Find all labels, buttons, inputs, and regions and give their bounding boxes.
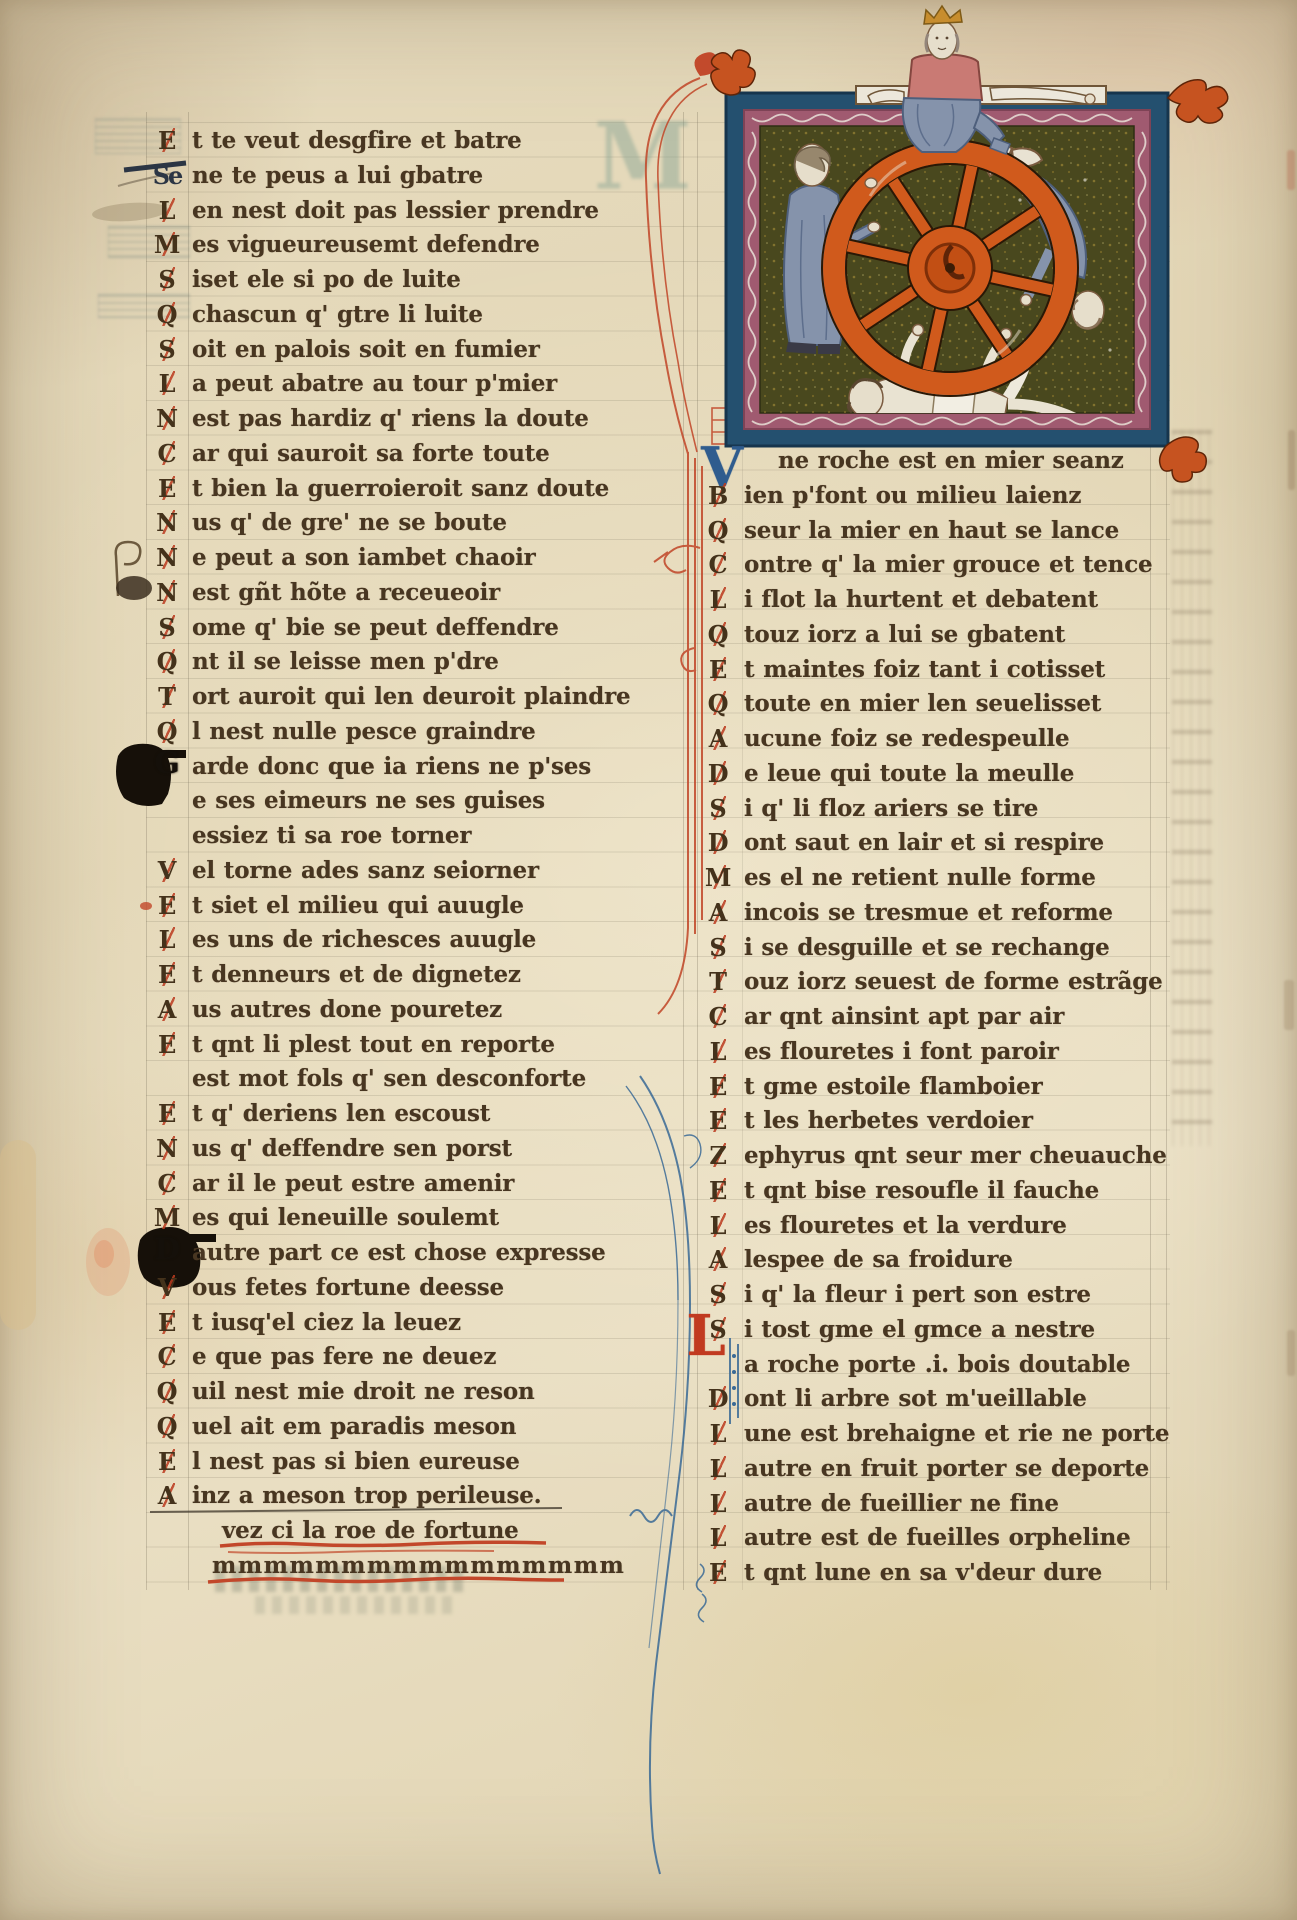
- verse-line: Et iusq'el ciez la leuez: [146, 1306, 698, 1341]
- line-text: ous fetes fortune deesse: [192, 1274, 504, 1301]
- line-initial: Q: [146, 645, 188, 678]
- verse-line: Si q' li floz ariers se tire: [696, 792, 1166, 827]
- verse-line: Car qui sauroit sa forte toute: [146, 437, 698, 472]
- verse-line: Aucune foiz se redespeulle: [696, 722, 1166, 757]
- line-text: ar il le peut estre amenir: [192, 1170, 514, 1197]
- verse-line: Lautre de fueillier ne fine: [696, 1487, 1166, 1522]
- verse-line: Contre q' la mier grouce et tence: [696, 548, 1166, 583]
- verse-line: Quel ait em paradis meson: [146, 1410, 698, 1445]
- line-initial: A: [146, 993, 188, 1026]
- line-text: autre de fueillier ne fine: [744, 1490, 1059, 1517]
- line-initial: A: [696, 1243, 740, 1276]
- line-initial: E: [696, 1174, 740, 1207]
- line-text: essiez ti sa roe torner: [192, 822, 471, 849]
- line-initial: G: [146, 747, 188, 780]
- line-text: ephyrus qnt seur mer cheuauche: [744, 1142, 1167, 1169]
- red-leaf-tip: [694, 52, 718, 76]
- verse-line: Car qnt ainsint apt par air: [696, 1000, 1166, 1035]
- line-text: ort auroit qui len deuroit plaindre: [192, 683, 630, 710]
- verse-line: Et les herbetes verdoier: [696, 1104, 1166, 1139]
- line-text: autre est de fueilles orpheline: [744, 1524, 1131, 1551]
- line-initial: N: [146, 576, 188, 609]
- line-text: uel ait em paradis meson: [192, 1413, 516, 1440]
- line-initial: Q: [146, 298, 188, 331]
- right-text-column: Vne roche est en mier seanzBien p'font o…: [696, 444, 1166, 1591]
- verse-line: Lautre en fruit porter se deporte: [696, 1452, 1166, 1487]
- verse-line: Nus q' deffendre sen porst: [146, 1132, 698, 1167]
- line-text: ar qui sauroit sa forte toute: [192, 440, 550, 467]
- verse-line: Garde donc que ia riens ne p'ses: [146, 750, 698, 785]
- line-text: i se desguille et se rechange: [744, 934, 1110, 961]
- line-initial: D: [696, 826, 740, 859]
- line-text: inz a meson trop perileuse.: [192, 1482, 541, 1509]
- line-text: t bien la guerroieroit sanz doute: [192, 475, 609, 502]
- line-text: es uns de richesces auugle: [192, 926, 536, 953]
- verse-line: Qtouz iorz a lui se gbatent: [696, 618, 1166, 653]
- line-text: t siet el milieu qui auugle: [192, 892, 524, 919]
- verse-line: Aincois se tresmue et reforme: [696, 896, 1166, 931]
- line-text: t les herbetes verdoier: [744, 1107, 1033, 1134]
- line-initial: A: [696, 722, 740, 755]
- line-initial: L: [696, 1035, 740, 1068]
- line-text: es el ne retient nulle forme: [744, 864, 1096, 891]
- line-text: ne te peus a lui gbatre: [192, 162, 483, 189]
- verse-line: Nest pas hardiz q' riens la doute: [146, 402, 698, 437]
- line-initial: E: [146, 472, 188, 505]
- verse-line: Et q' deriens len escoust: [146, 1097, 698, 1132]
- verse-line: est mot fols q' sen desconforte: [146, 1062, 698, 1097]
- line-initial: T: [696, 965, 740, 998]
- line-text: t te veut desgfire et batre: [192, 127, 522, 154]
- verse-line: Sene te peus a lui gbatre: [146, 159, 698, 194]
- verse-line: Bien p'font ou milieu laienz: [696, 479, 1166, 514]
- line-text: t iusq'el ciez la leuez: [192, 1309, 461, 1336]
- line-text: chascun q' gtre li luite: [192, 301, 483, 328]
- verse-line: Car il le peut estre amenir: [146, 1167, 698, 1202]
- line-initial: Q: [146, 715, 188, 748]
- line-text: ouz iorz seuest de forme estrãge: [744, 968, 1163, 995]
- line-text: lespee de sa froidure: [744, 1246, 1013, 1273]
- manuscript-page: M: [0, 0, 1297, 1920]
- verse-line: Qnt il se leisse men p'dre: [146, 645, 698, 680]
- line-text: ontre q' la mier grouce et tence: [744, 551, 1152, 578]
- line-initial: T: [146, 680, 188, 713]
- verse-line: Les uns de richesces auugle: [146, 923, 698, 958]
- line-text: t qnt lune en sa v'deur dure: [744, 1559, 1102, 1586]
- line-text: el torne ades sanz seiorner: [192, 857, 539, 884]
- line-text: t qnt li plest tout en reporte: [192, 1031, 555, 1058]
- line-initial: S: [146, 611, 188, 644]
- line-initial: N: [146, 506, 188, 539]
- line-initial: E: [696, 1070, 740, 1103]
- verse-line: e ses eimeurs ne ses guises: [146, 784, 698, 819]
- line-initial: L: [696, 1209, 740, 1242]
- verse-line: Et bien la guerroieroit sanz doute: [146, 472, 698, 507]
- verse-line: Lautre est de fueilles orpheline: [696, 1521, 1166, 1556]
- verse-line: Soit en palois soit en fumier: [146, 333, 698, 368]
- line-initial: N: [146, 541, 188, 574]
- line-initial: A: [146, 1479, 188, 1512]
- line-text: ont li arbre sot m'ueillable: [744, 1385, 1087, 1412]
- line-text: ont saut en lair et si respire: [744, 829, 1104, 856]
- line-text: iset ele si po de luite: [192, 266, 461, 293]
- line-initial: Q: [146, 1375, 188, 1408]
- line-text: t gme estoile flamboier: [744, 1073, 1043, 1100]
- line-initial: L: [146, 194, 188, 227]
- line-initial: E: [696, 653, 740, 686]
- line-initial: V: [146, 1271, 188, 1304]
- line-text: incois se tresmue et reforme: [744, 899, 1113, 926]
- line-text: seur la mier en haut se lance: [744, 517, 1119, 544]
- line-initial: N: [146, 1132, 188, 1165]
- line-initial: B: [696, 479, 740, 512]
- line-text: ne roche est en mier seanz: [744, 447, 1124, 474]
- line-initial: M: [696, 861, 740, 894]
- verse-line: La peut abatre au tour p'mier: [146, 367, 698, 402]
- line-initial: E: [696, 1104, 740, 1137]
- bleedthrough-text-column: [1172, 430, 1212, 1146]
- line-text: une est brehaigne et rie ne porte: [744, 1420, 1169, 1447]
- line-text: t denneurs et de dignetez: [192, 961, 521, 988]
- line-text: e leue qui toute la meulle: [744, 760, 1074, 787]
- line-text: toute en mier len seuelisset: [744, 690, 1101, 717]
- ruling-vertical: [1166, 112, 1167, 1590]
- line-text: us q' de gre' ne se boute: [192, 509, 507, 536]
- line-initial: L: [696, 583, 740, 616]
- verse-line: Aus autres done pouretez: [146, 993, 698, 1028]
- page-edge-mark: [1288, 430, 1295, 490]
- verse-line: Some q' bie se peut deffendre: [146, 611, 698, 646]
- line-initial: E: [146, 1028, 188, 1061]
- verse-line: De leue qui toute la meulle: [696, 757, 1166, 792]
- verse-line: Qtoute en mier len seuelisset: [696, 687, 1166, 722]
- line-initial: Q: [146, 1410, 188, 1443]
- verse-line: Et siet el milieu qui auugle: [146, 889, 698, 924]
- verse-line: El nest pas si bien eureuse: [146, 1445, 698, 1480]
- line-initial: A: [696, 896, 740, 929]
- line-initial: C: [696, 548, 740, 581]
- verse-line: Len nest doit pas lessier prendre: [146, 194, 698, 229]
- line-text: ucune foiz se redespeulle: [744, 725, 1069, 752]
- verse-line: essiez ti sa roe torner: [146, 819, 698, 854]
- page-edge-mark: [1287, 1330, 1295, 1376]
- verse-line: Dautre part ce est chose expresse: [146, 1236, 698, 1271]
- line-initial: E: [146, 1306, 188, 1339]
- line-initial: L: [146, 367, 188, 400]
- line-initial: L: [684, 1308, 728, 1364]
- line-text: touz iorz a lui se gbatent: [744, 621, 1065, 648]
- verse-line: Ainz a meson trop perileuse.: [146, 1479, 698, 1514]
- line-text: e peut a son iambet chaoir: [192, 544, 536, 571]
- line-text: e que pas fere ne deuez: [192, 1343, 496, 1370]
- line-text: autre en fruit porter se deporte: [744, 1455, 1149, 1482]
- verse-line: La roche porte .i. bois doutable: [696, 1348, 1166, 1383]
- line-initial: Q: [696, 618, 740, 651]
- verse-line: Mes qui leneuille soulemt: [146, 1201, 698, 1236]
- verse-line: Nest gñt hõte a receueoir: [146, 576, 698, 611]
- line-text: est gñt hõte a receueoir: [192, 579, 500, 606]
- verse-line: Si tost gme el gmce a nestre: [696, 1313, 1166, 1348]
- line-initial: V: [146, 854, 188, 887]
- verse-line: Nus q' de gre' ne se boute: [146, 506, 698, 541]
- verse-line: Vne roche est en mier seanz: [696, 444, 1166, 479]
- verse-line: Vous fetes fortune deesse: [146, 1271, 698, 1306]
- verse-line: Et denneurs et de dignetez: [146, 958, 698, 993]
- line-text: arde donc que ia riens ne p'ses: [192, 753, 591, 780]
- line-text: i flot la hurtent et debatent: [744, 586, 1098, 613]
- verse-line: Lune est brehaigne et rie ne porte: [696, 1417, 1166, 1452]
- line-initial: S: [146, 263, 188, 296]
- verse-line: Tort auroit qui len deuroit plaindre: [146, 680, 698, 715]
- crown-icon: [924, 6, 962, 24]
- verse-line: Et gme estoile flamboier: [696, 1070, 1166, 1105]
- verse-line: Les flouretes i font paroir: [696, 1035, 1166, 1070]
- line-initial: E: [146, 889, 188, 922]
- verse-line: Siset ele si po de luite: [146, 263, 698, 298]
- line-text: l nest pas si bien eureuse: [192, 1448, 520, 1475]
- line-initial: C: [146, 437, 188, 470]
- line-initial: L: [696, 1487, 740, 1520]
- page-edge-mark: [1287, 150, 1295, 190]
- line-text: us q' deffendre sen porst: [192, 1135, 512, 1162]
- line-initial: C: [696, 1000, 740, 1033]
- line-initial: Se: [146, 159, 188, 192]
- line-initial: D: [696, 1382, 740, 1415]
- line-initial: S: [146, 333, 188, 366]
- line-initial: D: [146, 1233, 188, 1266]
- line-initial: D: [696, 757, 740, 790]
- verse-line: Et qnt li plest tout en reporte: [146, 1028, 698, 1063]
- line-initial: L: [696, 1521, 740, 1554]
- verse-line: Alespee de sa froidure: [696, 1243, 1166, 1278]
- line-text: i tost gme el gmce a nestre: [744, 1316, 1095, 1343]
- line-text: ien p'font ou milieu laienz: [744, 482, 1081, 509]
- line-initial: E: [146, 124, 188, 157]
- verse-line: Dont li arbre sot m'ueillable: [696, 1382, 1166, 1417]
- line-initial: S: [696, 792, 740, 825]
- verse-line: Mes el ne retient nulle forme: [696, 861, 1166, 896]
- edge-stain: [0, 1140, 36, 1330]
- verse-line: Si q' la fleur i pert son estre: [696, 1278, 1166, 1313]
- verse-line: Ne peut a son iambet chaoir: [146, 541, 698, 576]
- page-edge-mark: [1284, 980, 1294, 1030]
- verse-line: Zephyrus qnt seur mer cheuauche: [696, 1139, 1166, 1174]
- line-text: est pas hardiz q' riens la doute: [192, 405, 589, 432]
- line-initial: E: [146, 1097, 188, 1130]
- line-text: ar qnt ainsint apt par air: [744, 1003, 1064, 1030]
- line-text: es qui leneuille soulemt: [192, 1204, 499, 1231]
- line-text: e ses eimeurs ne ses guises: [192, 787, 545, 814]
- verse-line: Mes vigueureusemt defendre: [146, 228, 698, 263]
- line-text: es flouretes et la verdure: [744, 1212, 1067, 1239]
- verse-line: Dont saut en lair et si respire: [696, 826, 1166, 861]
- line-text: est mot fols q' sen desconforte: [192, 1065, 586, 1092]
- left-text-column: Et te veut desgfire et batreSene te peus…: [146, 124, 698, 1584]
- verse-line: Et qnt bise resoufle il fauche: [696, 1174, 1166, 1209]
- verse-line: Quil nest mie droit ne reson: [146, 1375, 698, 1410]
- line-initial: Z: [696, 1139, 740, 1172]
- line-initial: L: [696, 1417, 740, 1450]
- line-initial: Q: [696, 514, 740, 547]
- line-text: l nest nulle pesce graindre: [192, 718, 536, 745]
- line-initial: E: [696, 1556, 740, 1589]
- line-text: es flouretes i font paroir: [744, 1038, 1059, 1065]
- line-text: uil nest mie droit ne reson: [192, 1378, 535, 1405]
- verse-line: Les flouretes et la verdure: [696, 1209, 1166, 1244]
- verse-line: Ce que pas fere ne deuez: [146, 1340, 698, 1375]
- verse-line: mmmmmmmmmmmmmmmm: [146, 1549, 698, 1584]
- line-initial: E: [146, 958, 188, 991]
- line-text: t qnt bise resoufle il fauche: [744, 1177, 1099, 1204]
- verse-line: Touz iorz seuest de forme estrãge: [696, 965, 1166, 1000]
- verse-line: Si se desguille et se rechange: [696, 931, 1166, 966]
- verse-line: Vel torne ades sanz seiorner: [146, 854, 698, 889]
- line-text: autre part ce est chose expresse: [192, 1239, 606, 1266]
- line-text: mmmmmmmmmmmmmmmm: [212, 1552, 625, 1579]
- verse-line: Et maintes foiz tant i cotisset: [696, 653, 1166, 688]
- line-text: es vigueureusemt defendre: [192, 231, 540, 258]
- line-text: us autres done pouretez: [192, 996, 502, 1023]
- line-initial: N: [146, 402, 188, 435]
- verse-line: Et te veut desgfire et batre: [146, 124, 698, 159]
- line-initial: C: [146, 1167, 188, 1200]
- throne-bench: [856, 86, 1106, 104]
- line-initial: C: [146, 1340, 188, 1373]
- line-initial: M: [146, 228, 188, 261]
- line-text: vez ci la roe de fortune: [222, 1517, 519, 1544]
- bleedthrough-text-line: [255, 1596, 455, 1614]
- line-text: t q' deriens len escoust: [192, 1100, 490, 1127]
- line-initial: E: [146, 1445, 188, 1478]
- verse-line: Et qnt lune en sa v'deur dure: [696, 1556, 1166, 1591]
- line-text: oit en palois soit en fumier: [192, 336, 540, 363]
- line-initial: S: [696, 931, 740, 964]
- line-initial: M: [146, 1201, 188, 1234]
- line-text: t maintes foiz tant i cotisset: [744, 656, 1105, 683]
- line-text: a roche porte .i. bois doutable: [744, 1351, 1130, 1378]
- line-initial: L: [696, 1452, 740, 1485]
- verse-line: vez ci la roe de fortune: [146, 1514, 698, 1549]
- line-text: a peut abatre au tour p'mier: [192, 370, 557, 397]
- line-text: nt il se leisse men p'dre: [192, 648, 499, 675]
- salmon-stain: [86, 1228, 130, 1296]
- verse-line: Qchascun q' gtre li luite: [146, 298, 698, 333]
- line-text: en nest doit pas lessier prendre: [192, 197, 599, 224]
- verse-line: Qseur la mier en haut se lance: [696, 514, 1166, 549]
- line-text: ome q' bie se peut deffendre: [192, 614, 559, 641]
- line-initial: Q: [696, 687, 740, 720]
- verse-line: Ql nest nulle pesce graindre: [146, 715, 698, 750]
- line-text: i q' li floz ariers se tire: [744, 795, 1038, 822]
- verse-line: Li flot la hurtent et debatent: [696, 583, 1166, 618]
- line-initial: L: [146, 923, 188, 956]
- line-text: i q' la fleur i pert son estre: [744, 1281, 1091, 1308]
